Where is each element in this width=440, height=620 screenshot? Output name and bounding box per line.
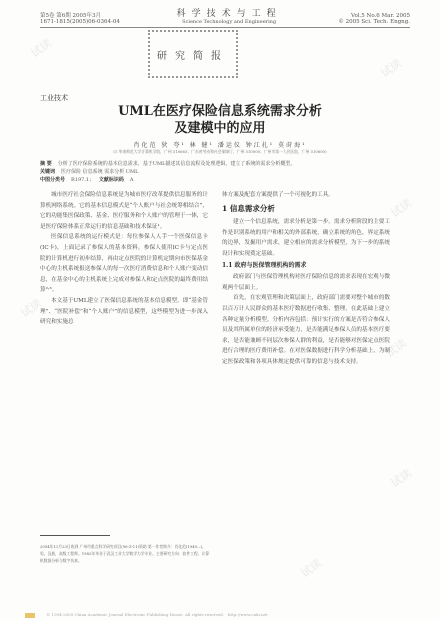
watermark: 试读 — [387, 195, 414, 221]
column-label-box: 研究简报 — [148, 30, 238, 78]
watermark: 试读 — [297, 555, 324, 581]
paragraph: 本文基于UML建立了医保信息系统的基本信息模型，即“基金管理”、“医院补偿”和“… — [40, 296, 208, 328]
copyright-line: © 2005 Sci. Tech. Engng. — [338, 19, 410, 25]
affiliation: (1 华南师范大学计算机学院，广州 510665；广东省劳动和社会保障厅，广州 … — [0, 149, 440, 155]
title-line-1: UML在医疗保险信息系统需求分析 — [0, 103, 440, 120]
issn-code: 1671-1815(2005)06-0364-04 — [40, 19, 120, 25]
journal-title-en: Science Technology and Engineering — [177, 19, 282, 25]
clc-number: R197.1； — [71, 177, 94, 183]
clc-label: 中图分类号 — [40, 177, 65, 183]
footer-copyright: © 1994-2009 China Academic Journal Elect… — [46, 612, 224, 617]
paragraph: 医保信息系统的运行模式是：每位参保人人手一个医保信息卡(IC卡)，上面记录了参保… — [40, 232, 208, 296]
paragraph: 体方案及配套方案提供了一个可视化的工具。 — [222, 190, 390, 201]
section-heading-1: 1 信息需求分析 — [222, 204, 390, 215]
doc-code-label: 文献标识码 — [99, 177, 124, 183]
footnote-rule — [40, 535, 110, 536]
watermark: 试读 — [27, 35, 54, 61]
paragraph: 建立一个信息系统，需求分析是第一步。需求分析阶段的主要工作是识别系统的用户和相关… — [222, 217, 390, 259]
keywords-label: 关键词 — [40, 169, 55, 175]
abstract-label: 摘 要 — [40, 161, 52, 167]
left-column: 城市医疗社会保险信息系统是为城市医疗改革提供信息服务的计算机网络系统。它的基本信… — [40, 190, 208, 328]
page-footer: © 1994-2009 China Academic Journal Elect… — [25, 612, 440, 618]
paragraph: 城市医疗社会保险信息系统是为城市医疗改革提供信息服务的计算机网络系统。它的基本信… — [40, 190, 208, 232]
header-rule — [40, 27, 410, 28]
right-column: 体方案及配套方案提供了一个可视化的工具。 1 信息需求分析 建立一个信息系统，需… — [222, 190, 390, 368]
publisher-logo-icon — [25, 613, 35, 618]
keywords: 医疗保险 信息系统 需求分析 UML — [61, 169, 138, 175]
watermark: 试读 — [387, 465, 414, 491]
footnote: 2004年11月23日收到 广州市重点科学研究项目(96-Z-11)资助 第一作… — [40, 543, 210, 564]
abstract-text: 分析了医疗保险系统的基本信息需求，基于UML描述其信息流程及处理逻辑，建立了系统… — [58, 161, 296, 167]
authors: 肖化范 狄 夸¹ 林 健¹ 潘运仪 钟江扎¹ 莫莳海¹ — [0, 140, 440, 149]
watermark: 试读 — [377, 55, 404, 81]
paragraph: 政府部门与医保管理机构对医疗保险信息的需求表现在宏观与微观两个层面上。 — [222, 272, 390, 293]
paragraph: 首先，在宏观管理和决策层面上，政府部门需要对整个城市的数以百万计人民群众的基本医… — [222, 293, 390, 367]
paper-title: UML在医疗保险信息系统需求分析 及建模中的应用 — [0, 103, 440, 137]
subsection-heading-1-1: 1.1 政府与医保管理机构的需求 — [222, 261, 390, 272]
abstract-block: 摘 要分析了医疗保险系统的基本信息需求，基于UML描述其信息流程及处理逻辑，建立… — [40, 160, 410, 184]
doc-code: A — [130, 177, 134, 183]
section-label: 工业技术 — [40, 93, 68, 103]
journal-header: 第5卷 第6期 2005年3月 1671-1815(2005)06-0364-0… — [40, 6, 410, 28]
title-line-2: 及建模中的应用 — [0, 120, 440, 137]
journal-title-cn: 科学技术与工程 — [177, 6, 282, 19]
volume-issue: 第5卷 第6期 2005年3月 — [40, 11, 120, 19]
footer-url[interactable]: http://www.cnki.net — [228, 612, 268, 617]
